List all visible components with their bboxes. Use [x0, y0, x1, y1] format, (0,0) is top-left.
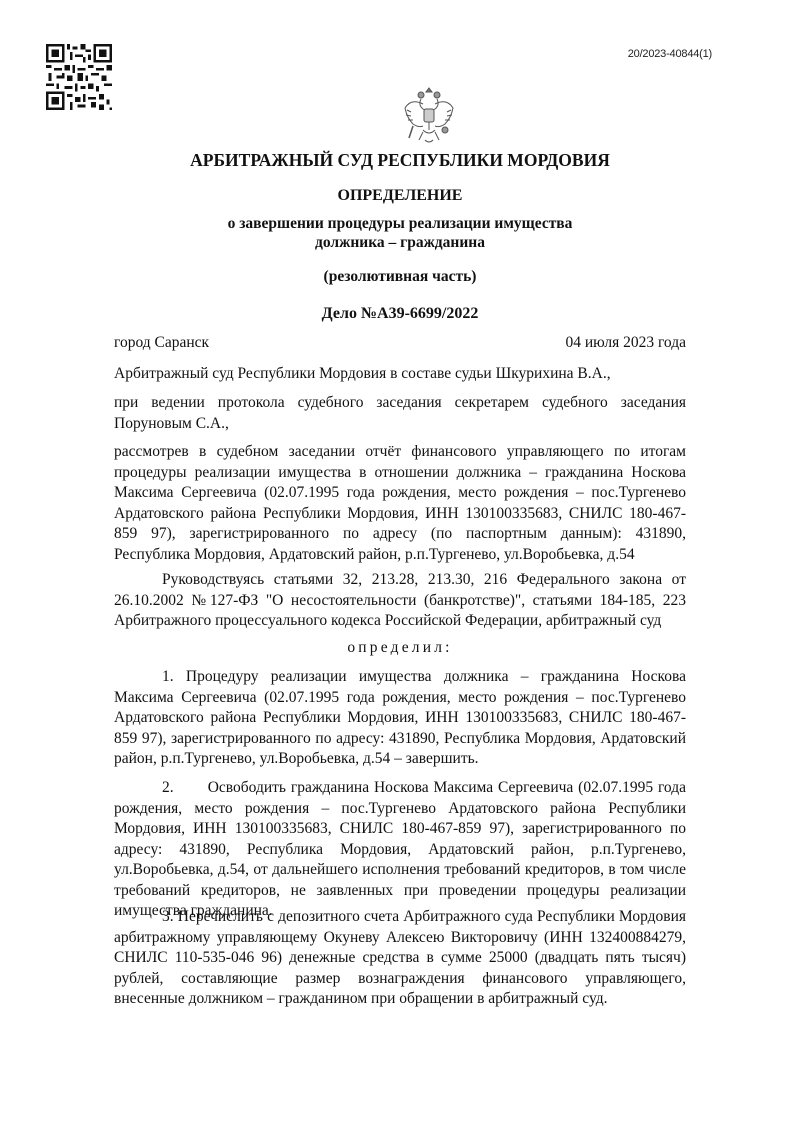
city: город Саранск: [114, 333, 209, 354]
court-name: АРБИТРАЖНЫЙ СУД РЕСПУБЛИКИ МОРДОВИЯ: [0, 150, 800, 171]
legal-basis-paragraph: Руководствуясь статьями 32, 213.28, 213.…: [114, 570, 686, 632]
date: 04 июля 2023 года: [565, 333, 686, 354]
decision-heading: определил:: [114, 638, 686, 659]
document-type: ОПРЕДЕЛЕНИЕ: [0, 187, 800, 205]
decision-item-2: 2. Освободить гражданина Носкова Максима…: [114, 778, 686, 922]
decision-item-3: 3. Перечислить с депозитного счета Арбит…: [114, 907, 686, 1010]
subtitle-line-1: о завершении процедуры реализации имущес…: [0, 214, 800, 233]
document-number: 20/2023-40844(1): [628, 48, 712, 60]
city-date-row: город Саранск 04 июля 2023 года: [114, 333, 686, 354]
document-subtitle: о завершении процедуры реализации имущес…: [0, 214, 800, 252]
qr-code-icon: [46, 44, 112, 110]
decision-item-1: 1. Процедуру реализации имущества должни…: [114, 667, 686, 770]
court-composition: Арбитражный суд Республики Мордовия в со…: [114, 364, 686, 385]
document-part: (резолютивная часть): [0, 268, 800, 286]
secretary-paragraph: при ведении протокола судебного заседани…: [114, 393, 686, 434]
subtitle-line-2: должника – гражданина: [0, 233, 800, 252]
coat-of-arms-icon: [401, 86, 457, 146]
case-number: Дело №А39-6699/2022: [0, 305, 800, 323]
considered-paragraph: рассмотрев в судебном заседании отчёт фи…: [114, 442, 686, 565]
